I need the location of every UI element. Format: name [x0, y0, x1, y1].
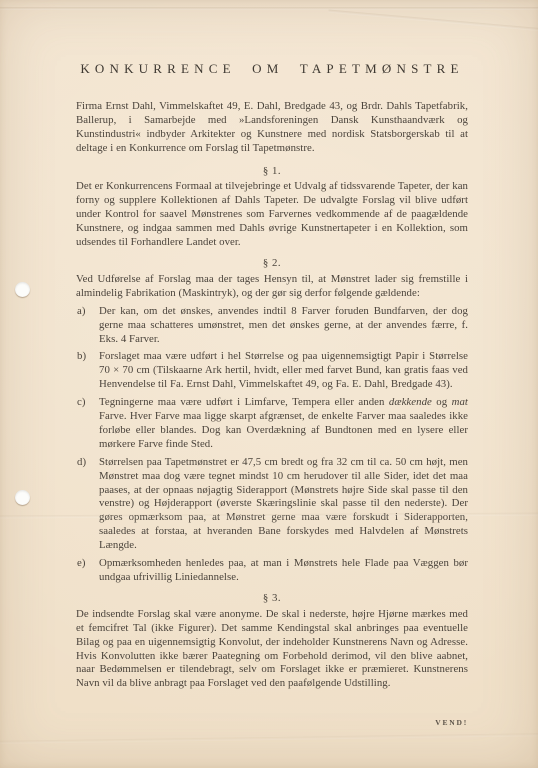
hole-punch-bottom	[15, 490, 30, 505]
list-item-c-text: Tegningerne maa være udført i Limfarve, …	[99, 396, 468, 450]
section-3-heading: § 3.	[76, 592, 468, 606]
list-item-a: a) Der kan, om det ønskes, anvendes indt…	[76, 305, 468, 347]
section-1-body: Det er Konkurrencens Formaal at tilvejeb…	[76, 180, 468, 250]
list-item-d: d) Størrelsen paa Tapetmønstret er 47,5 …	[76, 456, 468, 553]
paper-crease-bottom	[0, 733, 538, 744]
document-title: KONKURRENCE OM TAPETMØNSTRE	[76, 62, 468, 76]
list-item-a-text: Der kan, om det ønskes, anvendes indtil …	[99, 305, 468, 345]
turn-page-note: VEND!	[435, 718, 468, 727]
list-item-b: b) Forslaget maa være udført i hel Størr…	[76, 350, 468, 392]
intro-paragraph: Firma Ernst Dahl, Vimmelskaftet 49, E. D…	[76, 100, 468, 156]
section-3-body: De indsendte Forslag skal være anonyme. …	[76, 608, 468, 691]
list-item-d-label: d)	[77, 456, 86, 470]
list-item-b-label: b)	[77, 350, 86, 364]
list-item-d-text: Størrelsen paa Tapetmønstret er 47,5 cm …	[99, 456, 468, 551]
list-item-e-text: Opmærksomheden henledes paa, at man i Mø…	[99, 557, 468, 583]
document-content: KONKURRENCE OM TAPETMØNSTRE Firma Ernst …	[76, 0, 468, 691]
section-2-heading: § 2.	[76, 257, 468, 271]
hole-punch-top	[15, 282, 30, 297]
scanned-document-page: KONKURRENCE OM TAPETMØNSTRE Firma Ernst …	[0, 0, 538, 768]
list-item-e: e) Opmærksomheden henledes paa, at man i…	[76, 557, 468, 585]
section-1-heading: § 1.	[76, 165, 468, 179]
list-item-e-label: e)	[77, 557, 86, 571]
section-2-body: Ved Udførelse af Forslag maa der tages H…	[76, 273, 468, 301]
list-item-c: c) Tegningerne maa være udført i Limfarv…	[76, 396, 468, 452]
list-item-c-label: c)	[77, 396, 86, 410]
list-item-b-text: Forslaget maa være udført i hel Størrels…	[99, 350, 468, 390]
list-item-a-label: a)	[77, 305, 86, 319]
